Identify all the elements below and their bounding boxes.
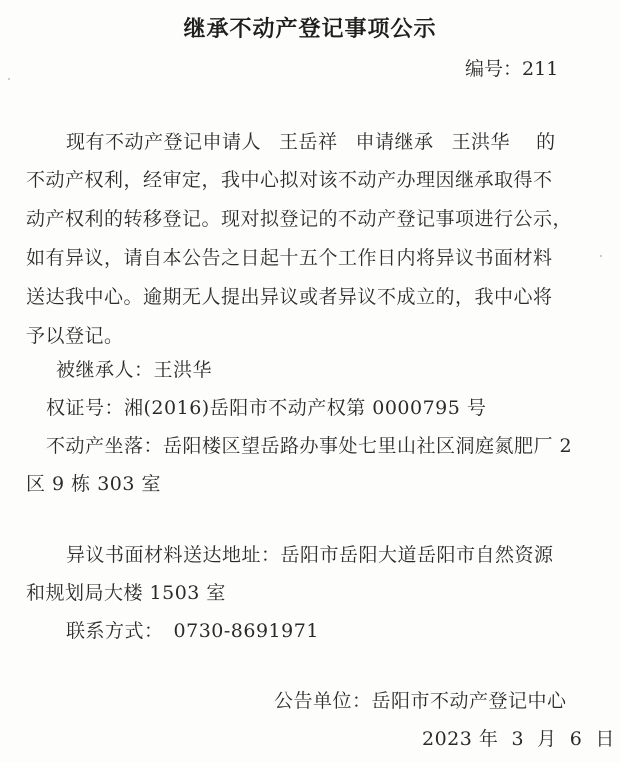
contact-phone: 0730-8691971 [174,620,319,642]
location-value: 岳阳楼区望岳路办事处七里山社区洞庭氮肥厂 2 [163,435,572,457]
objection-address-label: 异议书面材料送达地址： [66,544,281,566]
issue-date: 2023 年 3 月 6 日 [422,724,615,751]
contact-field: 联系方式：0730-8691971 [66,616,319,643]
scan-speck [8,78,10,80]
body-line: 动产权利的转移登记。现对拟登记的不动产登记事项进行公示， [26,204,572,231]
document-number-value: 211 [522,58,558,80]
issuer-value: 岳阳市不动产登记中心 [372,690,567,712]
body-line: 如有异议，请自本公告之日起十五个工作日内将异议书面材料 [26,243,553,270]
issuer-field: 公告单位：岳阳市不动产登记中心 [274,686,567,713]
location-field: 不动产坐落：岳阳楼区望岳路办事处七里山社区洞庭氮肥厂 2 [46,431,572,458]
document-number-label: 编号： [465,58,522,80]
document-title: 继承不动产登记事项公示 [0,12,620,43]
certificate-value: 湘(2016)岳阳市不动产权第 0000795 号 [124,397,486,419]
contact-label: 联系方式： [66,620,164,642]
location-label: 不动产坐落： [46,435,163,457]
intro-prefix: 现有不动产登记申请人 [66,131,261,153]
decedent-field: 被继承人：王洪华 [56,355,212,382]
objection-address-continued: 和规划局大楼 1503 室 [26,578,226,605]
decedent-name: 王洪华 [452,131,511,153]
decedent-value: 王洪华 [154,359,213,381]
intro-line: 现有不动产登记申请人王岳祥申请继承王洪华的 [66,127,556,154]
objection-address-value: 岳阳市岳阳大道岳阳市自然资源 [281,544,554,566]
decedent-label: 被继承人： [56,359,154,381]
body-line: 不动产权利，经审定，我中心拟对该不动产办理因继承取得不 [26,165,553,192]
document-number: 编号：211 [465,54,558,81]
body-line: 送达我中心。逾期无人提出异议或者异议不成立的，我中心将 [26,282,553,309]
location-continued: 区 9 栋 303 室 [26,469,161,496]
scan-speck [600,255,602,257]
certificate-label: 权证号： [46,397,124,419]
issuer-label: 公告单位： [274,690,372,712]
applicant-name: 王岳祥 [279,131,338,153]
objection-address-field: 异议书面材料送达地址：岳阳市岳阳大道岳阳市自然资源 [66,540,554,567]
certificate-field: 权证号：湘(2016)岳阳市不动产权第 0000795 号 [46,393,486,420]
body-line: 予以登记。 [26,321,124,348]
intro-suffix: 的 [536,131,556,153]
intro-middle: 申请继承 [356,131,434,153]
